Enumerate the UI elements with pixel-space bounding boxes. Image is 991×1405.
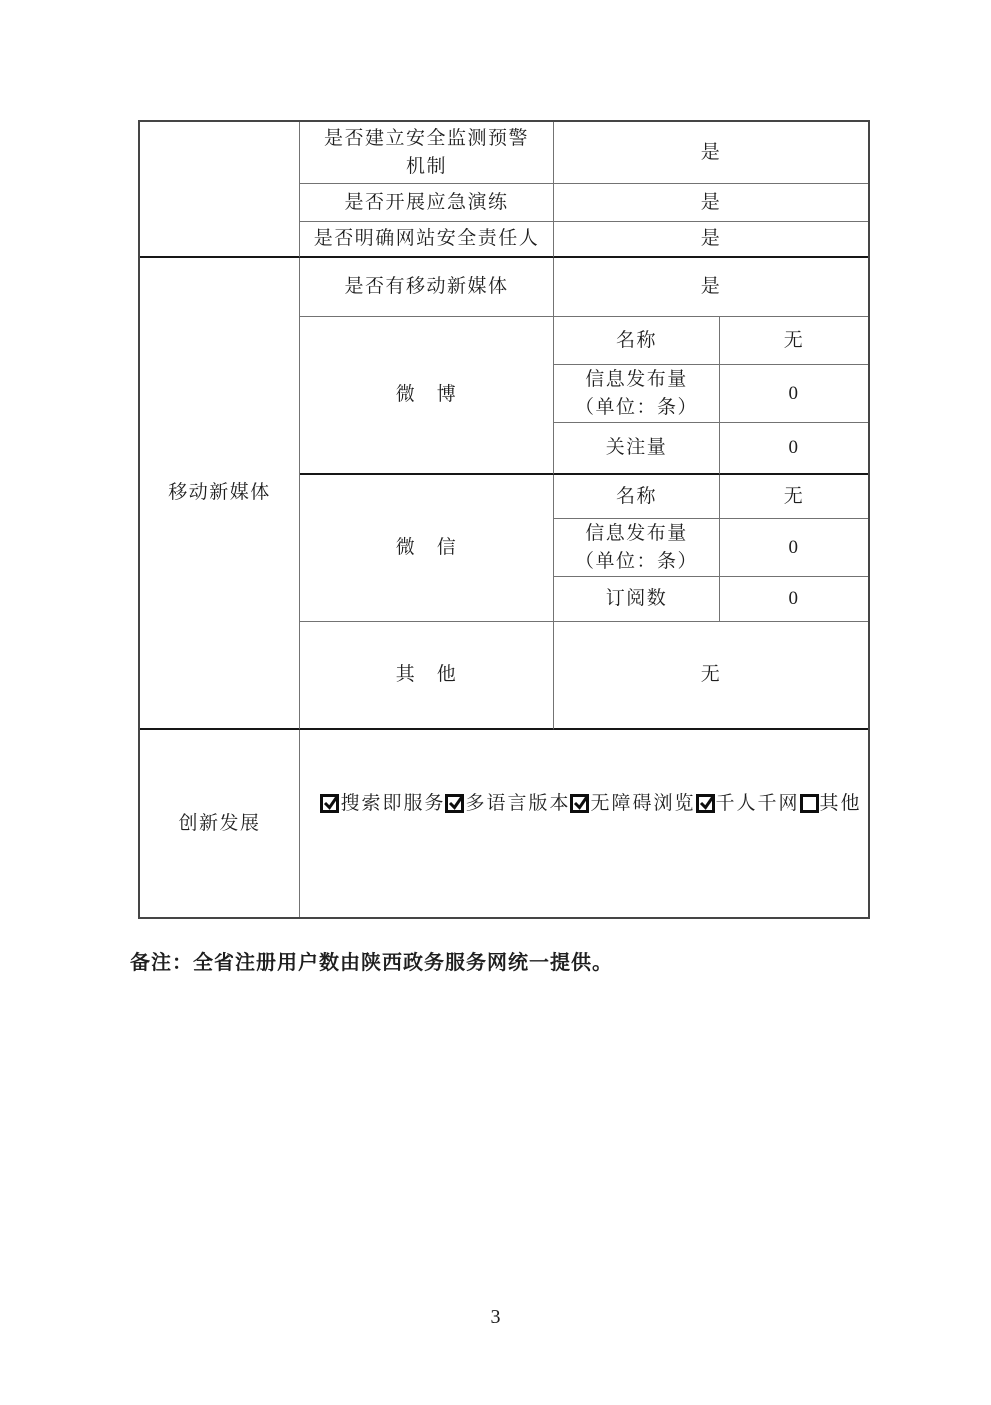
- wechat-label: 微 信: [300, 475, 554, 622]
- security-row-value: 是: [554, 222, 868, 258]
- weibo-posts-label-line2: （单位：条）: [575, 394, 698, 422]
- wechat-posts-label: 信息发布量 （单位：条）: [554, 519, 720, 577]
- checkbox-icon[interactable]: [320, 794, 339, 813]
- checkbox-icon[interactable]: [800, 794, 819, 813]
- weibo-posts-label: 信息发布量 （单位：条）: [554, 365, 720, 423]
- has-mobile-media-label: 是否有移动新媒体: [300, 258, 554, 317]
- has-mobile-media-value: 是: [554, 258, 868, 317]
- weibo-posts-value: 0: [720, 365, 868, 423]
- wechat-subscribers-value: 0: [720, 577, 868, 622]
- checkbox-group: 其他: [800, 790, 862, 818]
- weibo-name-value: 无: [720, 317, 868, 365]
- wechat-posts-label-line1: 信息发布量: [585, 520, 688, 548]
- checkbox-icon[interactable]: [570, 794, 589, 813]
- weibo-followers-value: 0: [720, 423, 868, 475]
- wechat-posts-label-line2: （单位：条）: [575, 548, 698, 576]
- innovation-section-label: 创新发展: [140, 730, 300, 917]
- security-row-value: 是: [554, 184, 868, 222]
- security-row-value: 是: [554, 122, 868, 184]
- security-row-label: 是否明确网站安全责任人: [300, 222, 554, 258]
- innovation-checkbox-row: 搜索即服务 多语言版本 无障碍浏览 千人千网 其他: [300, 710, 868, 897]
- wechat-posts-value: 0: [720, 519, 868, 577]
- weibo-followers-label: 关注量: [554, 423, 720, 475]
- document-page: 移动新媒体 创新发展 是否建立安全监测预警 机制 是 是否开展应急演练 是 是否…: [0, 0, 991, 1405]
- security-row-label: 是否建立安全监测预警 机制: [300, 122, 554, 184]
- checkbox-label: 千人千网: [716, 790, 800, 818]
- footnote: 备注：全省注册用户数由陕西政务服务网统一提供。: [130, 946, 613, 975]
- mobile-media-section-label: 移动新媒体: [140, 258, 300, 730]
- wechat-subscribers-label: 订阅数: [554, 577, 720, 622]
- page-number: 3: [0, 1306, 991, 1329]
- weibo-label: 微 博: [300, 317, 554, 475]
- checkbox-label: 无障碍浏览: [590, 790, 695, 818]
- checkbox-label: 搜索即服务: [340, 790, 445, 818]
- checkbox-label: 多语言版本: [465, 790, 570, 818]
- report-table: 移动新媒体 创新发展 是否建立安全监测预警 机制 是 是否开展应急演练 是 是否…: [138, 120, 870, 919]
- security-row-label-line1: 是否建立安全监测预警: [324, 125, 529, 153]
- checkbox-group: 千人千网: [696, 790, 800, 818]
- security-row-label-line2: 机制: [406, 153, 447, 181]
- checkbox-group: 搜索即服务: [320, 790, 445, 818]
- checkbox-icon[interactable]: [696, 794, 715, 813]
- wechat-name-value: 无: [720, 475, 868, 519]
- checkbox-icon[interactable]: [445, 794, 464, 813]
- checkbox-label: 其他: [820, 790, 862, 818]
- weibo-posts-label-line1: 信息发布量: [585, 366, 688, 394]
- weibo-name-label: 名称: [554, 317, 720, 365]
- checkbox-group: 多语言版本: [445, 790, 570, 818]
- security-row-label: 是否开展应急演练: [300, 184, 554, 222]
- wechat-name-label: 名称: [554, 475, 720, 519]
- checkbox-group: 无障碍浏览: [570, 790, 695, 818]
- security-section-cell-empty: [140, 122, 300, 258]
